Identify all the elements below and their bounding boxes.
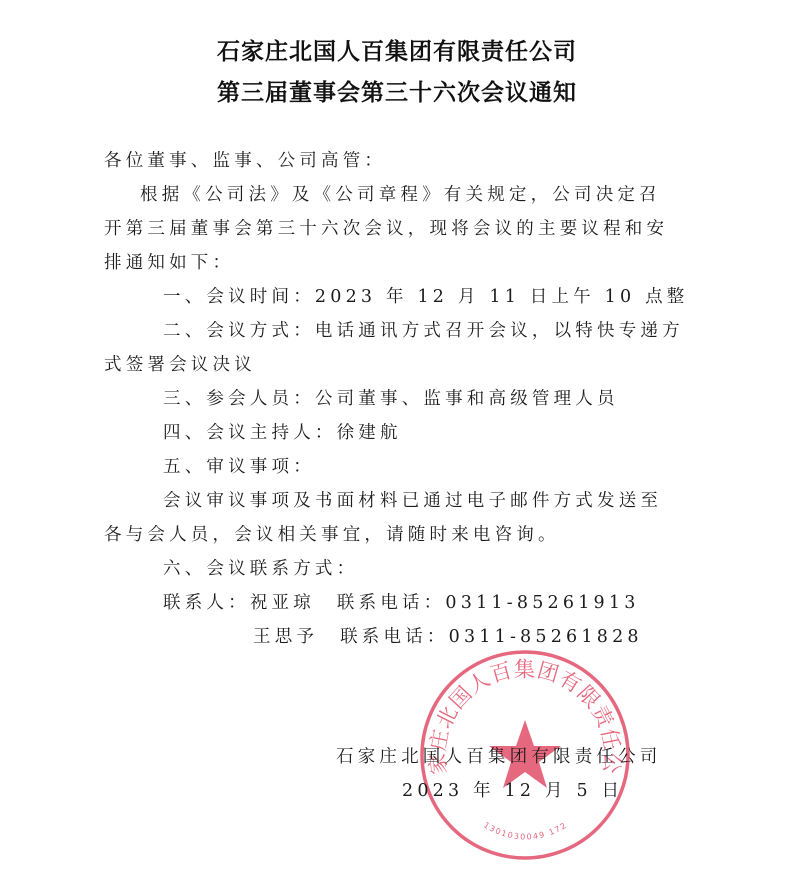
- item-agenda-line-2: 各与会人员，会议相关事宜，请随时来电咨询。: [104, 521, 560, 546]
- signature-company: 石家庄北国人百集团有限责任公司: [336, 743, 662, 768]
- contact-phone: 0311-85261913: [445, 593, 639, 613]
- contact-label: 联系人：: [163, 593, 250, 613]
- item-agenda-line-1: 会议审议事项及书面材料已通过电子邮件方式发送至: [163, 487, 662, 512]
- svg-text:1301030049 172: 1301030049 172: [482, 820, 569, 841]
- item-contact-title: 六、会议联系方式：: [163, 555, 358, 580]
- item-host: 四、会议主持人：徐建航: [163, 419, 402, 444]
- item-attendees: 三、参会人员：公司董事、监事和高级管理人员: [163, 385, 619, 410]
- item-agenda-title: 五、审议事项：: [163, 453, 315, 478]
- contact-name: 王思予: [253, 627, 318, 647]
- salutation: 各位董事、监事、公司高管：: [104, 147, 386, 172]
- intro-line-3: 排通知如下：: [104, 249, 234, 274]
- intro-line-1: 根据《公司法》及《公司章程》有关规定，公司决定召: [140, 181, 661, 206]
- item-meeting-method-2: 式签署会议决议: [104, 351, 256, 376]
- contact-phone-label: 联系电话：: [340, 627, 449, 647]
- contact-row-1: 联系人：祝亚琼联系电话：0311-85261913: [163, 589, 640, 614]
- contact-row-2: 王思予联系电话：0311-85261828: [253, 623, 643, 648]
- item-meeting-time: 一、会议时间：2023 年 12 月 11 日上午 10 点整: [163, 283, 688, 308]
- contact-phone: 0311-85261828: [449, 627, 643, 647]
- signature-date: 2023 年 12 月 5 日: [402, 777, 623, 802]
- contact-phone-label: 联系电话：: [337, 593, 446, 613]
- item-meeting-method-1: 二、会议方式：电话通讯方式召开会议，以特快专递方: [163, 317, 684, 342]
- contact-name: 祝亚琼: [250, 593, 315, 613]
- document-title-notice: 第三届董事会第三十六次会议通知: [0, 74, 794, 107]
- document-title-company: 石家庄北国人百集团有限责任公司: [0, 33, 794, 66]
- intro-line-2: 开第三届董事会第三十六次会议，现将会议的主要议程和安: [104, 215, 668, 240]
